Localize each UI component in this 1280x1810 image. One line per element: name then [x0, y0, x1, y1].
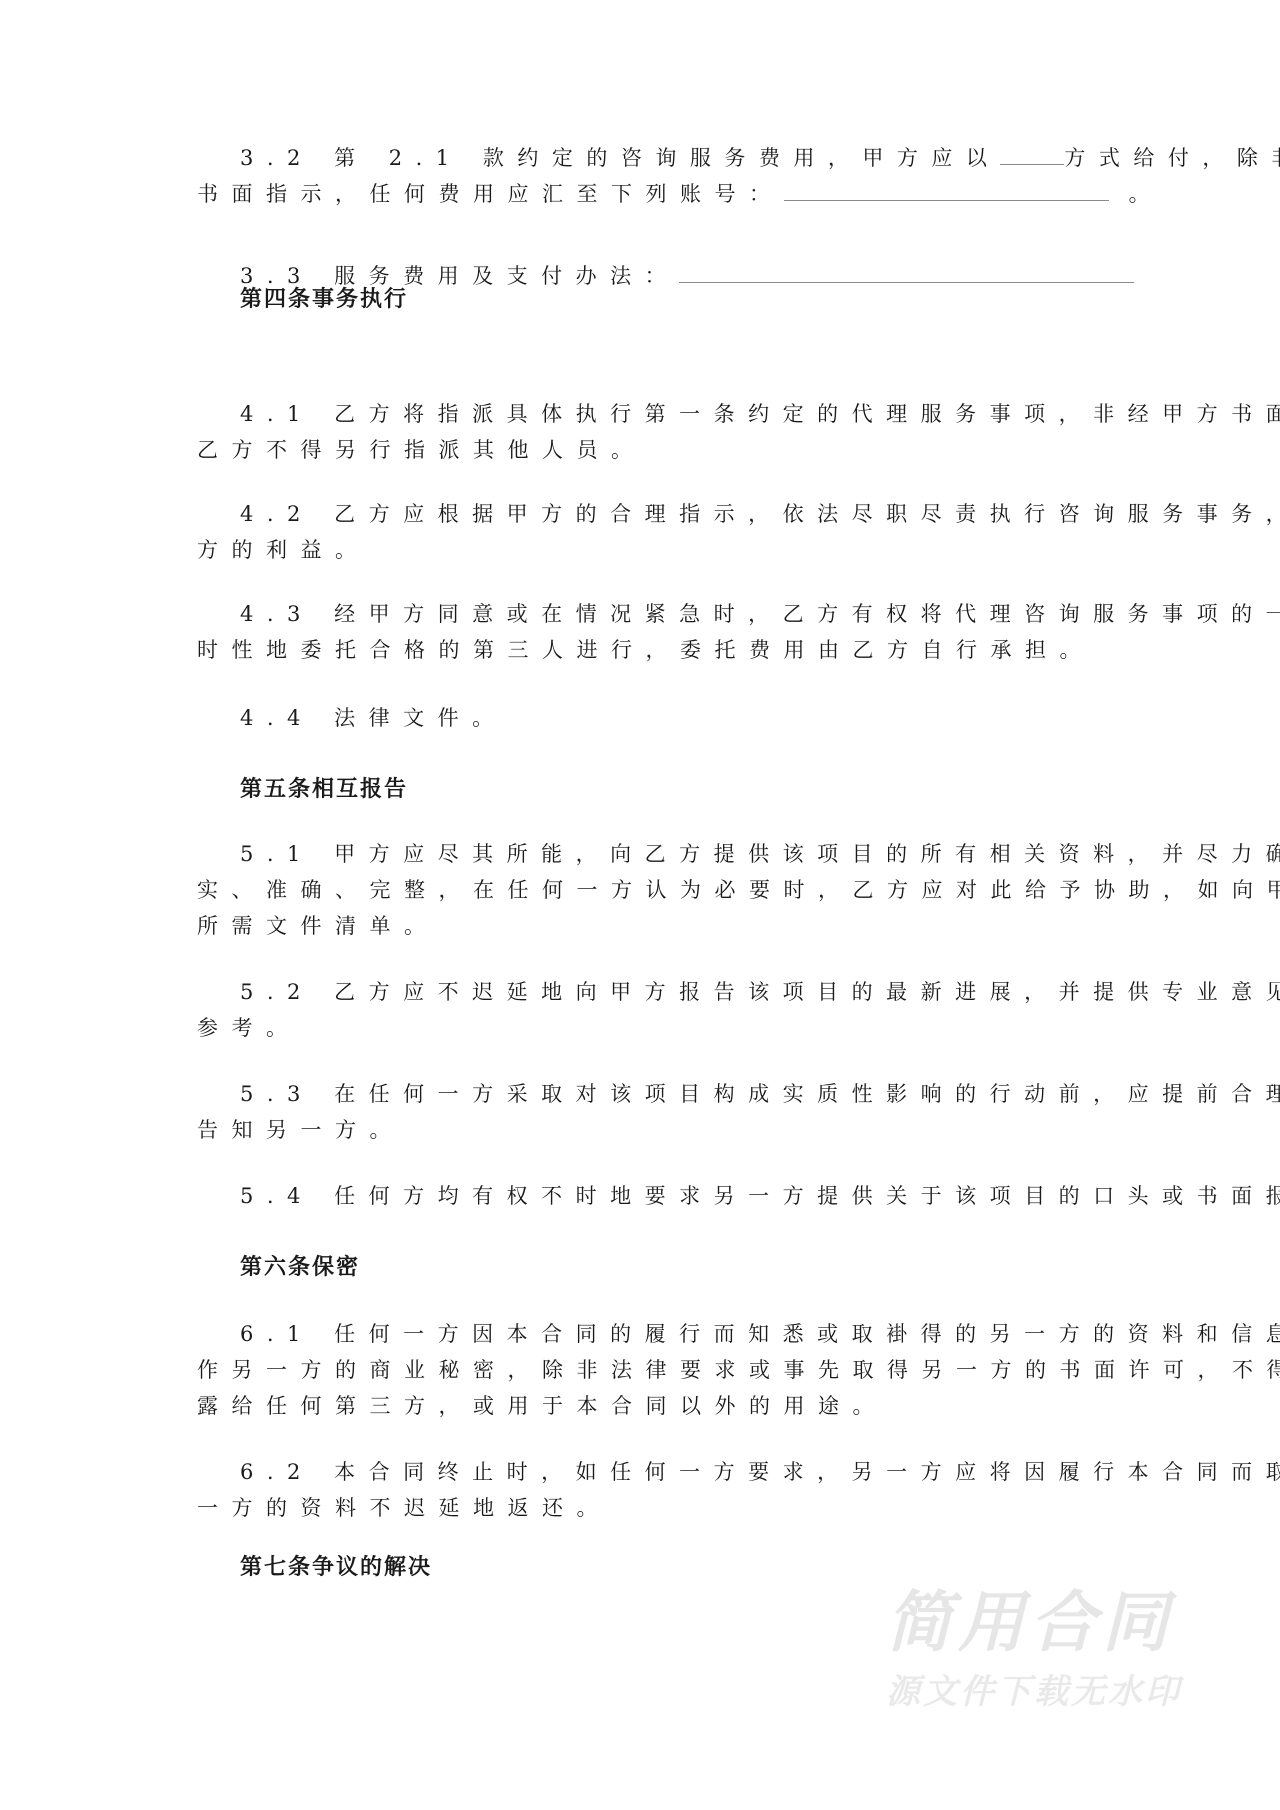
clause-line: 5.4 任何方均有权不时地要求另一方提供关于该项目的口头或书面报告。 [197, 1178, 1087, 1214]
clause-6-1: 6.1 任何一方因本合同的履行而知悉或取褂得的另一方的资料和信息，应视 作另一方… [197, 1316, 1087, 1424]
payment-terms-blank[interactable] [679, 260, 1134, 283]
clause-line: 告知另一方。 [197, 1112, 1087, 1148]
clause-line: 4.1 乙方将指派具体执行第一条约定的代理服务事项，非经甲方书面同意， [197, 396, 1087, 432]
clause-line: 一方的资料不迟延地返还。 [197, 1490, 1087, 1526]
clause-line: 5.3 在任何一方采取对该项目构成实质性影响的行动前，应提前合理的时间 [197, 1076, 1087, 1112]
clause-line: 乙方不得另行指派其他人员。 [197, 432, 1087, 468]
clause-text: 书面指示，任何费用应汇至下列账号： [197, 182, 784, 206]
clause-line: 所需文件清单。 [197, 908, 1087, 944]
clause-4-1: 4.1 乙方将指派具体执行第一条约定的代理服务事项，非经甲方书面同意， 乙方不得… [197, 396, 1087, 468]
clause-3-2-line-2: 书面指示，任何费用应汇至下列账号： 。 [197, 176, 1087, 212]
clause-text: 。 [1109, 182, 1164, 206]
clause-line: 参考。 [197, 1010, 1087, 1046]
clause-5-3: 5.3 在任何一方采取对该项目构成实质性影响的行动前，应提前合理的时间 告知另一… [197, 1076, 1087, 1148]
clause-line: 4.4 法律文件。 [197, 700, 1087, 736]
watermark: 简用合同 源文件下载无水印 [886, 1588, 1196, 1712]
clause-line: 5.2 乙方应不迟延地向甲方报告该项目的最新进展，并提供专业意见供甲方 [197, 974, 1087, 1010]
payment-method-blank[interactable] [1000, 142, 1064, 165]
clause-4-2: 4.2 乙方应根据甲方的合理指示，依法尽职尽责执行咨询服务事务，维护甲 方的利益… [197, 496, 1087, 568]
clause-3-2-line-1: 3.2 第 2.1 款约定的咨询服务费用，甲方应以方式给付，除非乙方另有 [197, 140, 1087, 176]
document-page: 3.2 第 2.1 款约定的咨询服务费用，甲方应以方式给付，除非乙方另有 书面指… [0, 0, 1280, 1810]
watermark-title: 简用合同 [886, 1588, 1196, 1658]
clause-text: 3.2 第 2.1 款约定的咨询服务费用，甲方应以 [240, 146, 1000, 170]
clause-line: 方的利益。 [197, 532, 1087, 568]
clause-text: 方式给付，除非乙方另有 [1064, 146, 1280, 170]
watermark-subtitle: 源文件下载无水印 [886, 1672, 1196, 1712]
clause-3-2: 3.2 第 2.1 款约定的咨询服务费用，甲方应以方式给付，除非乙方另有 书面指… [197, 140, 1087, 212]
heading-article-7: 第七条争议的解决 [240, 1553, 432, 1583]
clause-6-2: 6.2 本合同终止时，如任何一方要求，另一方应将因履行本合同而取得的另 一方的资… [197, 1454, 1087, 1526]
clause-5-4: 5.4 任何方均有权不时地要求另一方提供关于该项目的口头或书面报告。 [197, 1178, 1087, 1214]
clause-4-4: 4.4 法律文件。 [197, 700, 1087, 736]
clause-line: 作另一方的商业秘密，除非法律要求或事先取得另一方的书面许可，不得将其披 [197, 1352, 1087, 1388]
clause-line: 4.3 经甲方同意或在情况紧急时，乙方有权将代理咨询服务事项的一部分临 [197, 596, 1087, 632]
heading-article-4: 第四条事务执行 [240, 285, 408, 315]
clause-4-3: 4.3 经甲方同意或在情况紧急时，乙方有权将代理咨询服务事项的一部分临 时性地委… [197, 596, 1087, 668]
clause-line: 露给任何第三方，或用于本合同以外的用途。 [197, 1388, 1087, 1424]
clause-line: 6.1 任何一方因本合同的履行而知悉或取褂得的另一方的资料和信息，应视 [197, 1316, 1087, 1352]
clause-line: 实、准确、完整，在任何一方认为必要时，乙方应对此给予协助，如向甲方提供 [197, 872, 1087, 908]
clause-5-1: 5.1 甲方应尽其所能，向乙方提供该项目的所有相关资料，并尽力确保其真 实、准确… [197, 836, 1087, 944]
clause-line: 时性地委托合格的第三人进行，委托费用由乙方自行承担。 [197, 632, 1087, 668]
clause-line: 6.2 本合同终止时，如任何一方要求，另一方应将因履行本合同而取得的另 [197, 1454, 1087, 1490]
account-number-blank[interactable] [784, 178, 1109, 201]
clause-line: 5.1 甲方应尽其所能，向乙方提供该项目的所有相关资料，并尽力确保其真 [197, 836, 1087, 872]
clause-5-2: 5.2 乙方应不迟延地向甲方报告该项目的最新进展，并提供专业意见供甲方 参考。 [197, 974, 1087, 1046]
heading-article-5: 第五条相互报告 [240, 775, 408, 805]
heading-article-6: 第六条保密 [240, 1253, 360, 1283]
clause-line: 4.2 乙方应根据甲方的合理指示，依法尽职尽责执行咨询服务事务，维护甲 [197, 496, 1087, 532]
